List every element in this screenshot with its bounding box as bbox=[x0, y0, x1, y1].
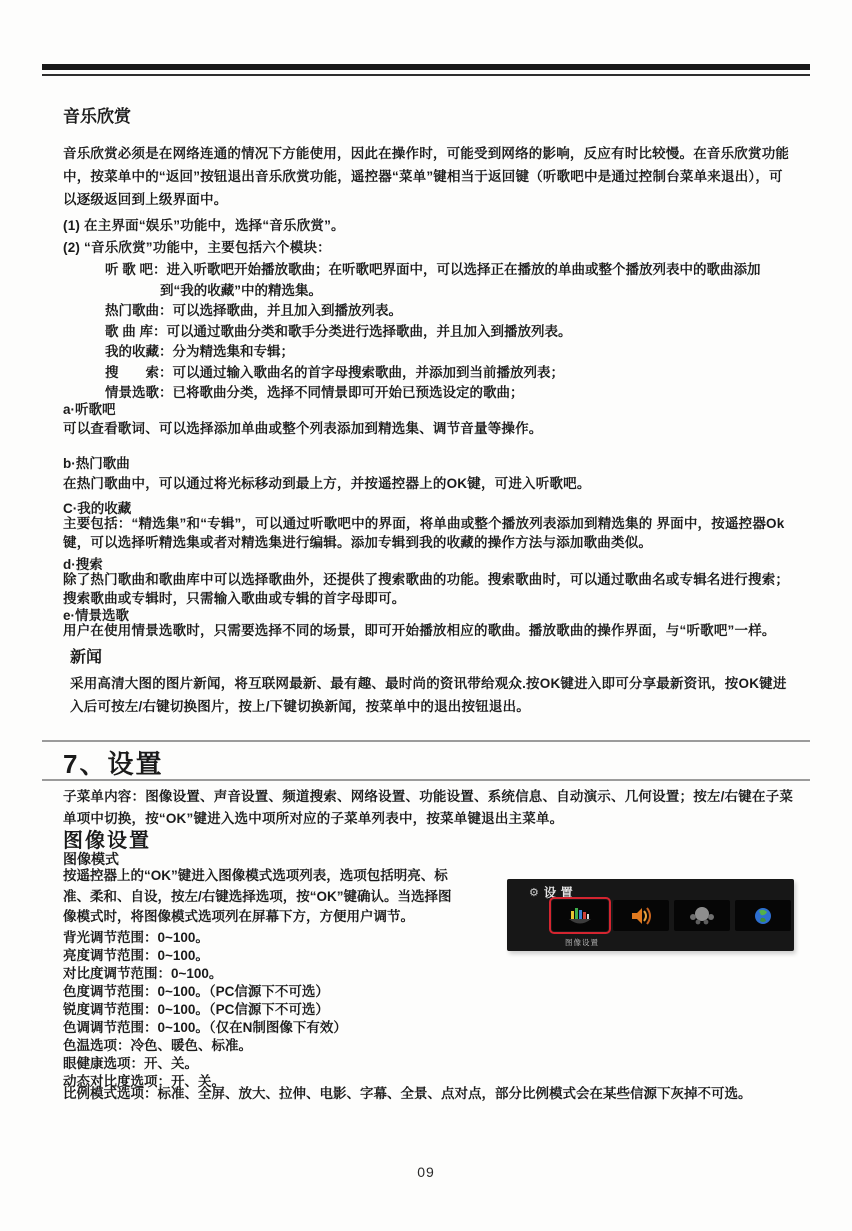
tile-image-settings bbox=[552, 900, 608, 931]
param-line: 色温选项：冷色、暖色、标准。 bbox=[63, 1037, 518, 1055]
page-number: 09 bbox=[0, 1164, 852, 1180]
aspect-mode-line: 比例模式选项：标准、全屏、放大、拉伸、电影、字幕、全景、点对点，部分比例模式会在… bbox=[63, 1085, 812, 1103]
channel-search-icon bbox=[687, 904, 717, 928]
param-line: 背光调节范围：0~100。 bbox=[63, 929, 518, 947]
news-body: 采用高清大图的图片新闻，将互联网最新、最有趣、最时尚的资讯带给观众.按OK键进入… bbox=[70, 672, 795, 718]
module-line: 热门歌曲：可以选择歌曲，并且加入到播放列表。 bbox=[63, 301, 795, 322]
image-parameter-list: 背光调节范围：0~100。 亮度调节范围：0~100。 对比度调节范围：0~10… bbox=[63, 929, 518, 1091]
param-line: 眼健康选项：开、关。 bbox=[63, 1055, 518, 1073]
sound-settings-icon bbox=[628, 905, 654, 927]
settings-intro: 子菜单内容：图像设置、声音设置、频道搜索、网络设置、功能设置、系统信息、自动演示… bbox=[63, 786, 795, 830]
tile-channel-search bbox=[674, 900, 730, 931]
music-module-list: 听 歌 吧：进入听歌吧开始播放歌曲；在听歌吧界面中，可以选择正在播放的单曲或整个… bbox=[63, 260, 795, 404]
music-step-1: (1) 在主界面“娱乐”功能中，选择“音乐欣赏”。 bbox=[63, 216, 795, 236]
subsection-a-body: 可以查看歌词、可以选择添加单曲或整个列表添加到精选集、调节音量等操作。 bbox=[63, 419, 795, 438]
subsection-d-body: 除了热门歌曲和歌曲库中可以选择歌曲外，还提供了搜索歌曲的功能。搜索歌曲时，可以通… bbox=[63, 570, 795, 608]
module-line: 听 歌 吧：进入听歌吧开始播放歌曲；在听歌吧界面中，可以选择正在播放的单曲或整个… bbox=[63, 260, 795, 281]
image-mode-description: 按遥控器上的“OK”键进入图像模式选项列表，选项包括明亮、标 准、柔和、自设，按… bbox=[63, 866, 518, 928]
subsection-b-heading: b·热门歌曲 bbox=[63, 452, 795, 472]
param-line: 对比度调节范围：0~100。 bbox=[63, 965, 518, 983]
news-section-title: 新闻 bbox=[70, 644, 102, 667]
mode-line: 准、柔和、自设，按左/右键选择选项，按“OK”键确认。当选择图 bbox=[63, 887, 518, 908]
mode-line: 按遥控器上的“OK”键进入图像模式选项列表，选项包括明亮、标 bbox=[63, 866, 518, 887]
mode-line: 像模式时，将图像模式选项列在屏幕下方，方便用户调节。 bbox=[63, 907, 518, 928]
settings-rule-bottom bbox=[42, 779, 810, 781]
music-step-2: (2) “音乐欣赏”功能中，主要包括六个模块： bbox=[63, 238, 795, 258]
module-line: 搜 索：可以通过输入歌曲名的首字母搜索歌曲，并添加到当前播放列表； bbox=[63, 363, 795, 384]
param-line: 亮度调节范围：0~100。 bbox=[63, 947, 518, 965]
gear-icon: ⚙ bbox=[529, 886, 539, 899]
tile-sound-settings bbox=[613, 900, 669, 931]
image-settings-icon bbox=[563, 904, 597, 928]
top-rule-thin bbox=[42, 74, 810, 76]
subsection-a-heading: a·听歌吧 bbox=[63, 398, 795, 418]
settings-screen-inset: ⚙ 设置 bbox=[507, 879, 794, 951]
subsection-b-body: 在热门歌曲中，可以通过将光标移动到最上方，并按遥控器上的OK键，可进入听歌吧。 bbox=[63, 474, 795, 493]
top-rule-thick bbox=[42, 64, 810, 70]
param-line: 色调调节范围：0~100。（仅在N制图像下有效） bbox=[63, 1019, 518, 1037]
network-settings-icon bbox=[752, 905, 774, 927]
music-intro-paragraph: 音乐欣赏必须是在网络连通的情况下方能使用，因此在操作时，可能受到网络的影响，反应… bbox=[63, 142, 795, 211]
inset-selected-label: 图像设置 bbox=[552, 937, 612, 948]
module-line: 我的收藏：分为精选集和专辑； bbox=[63, 342, 795, 363]
inset-header: ⚙ 设置 bbox=[529, 883, 577, 901]
module-line-continuation: 到“我的收藏”中的精选集。 bbox=[63, 281, 795, 302]
manual-page: 音乐欣赏 音乐欣赏必须是在网络连通的情况下方能使用，因此在操作时，可能受到网络的… bbox=[0, 0, 852, 1231]
inset-title: 设置 bbox=[544, 883, 577, 901]
subsection-c-body: 主要包括：“精选集”和“专辑”，可以通过听歌吧中的界面，将单曲或整个播放列表添加… bbox=[63, 514, 795, 552]
music-section-title: 音乐欣赏 bbox=[63, 102, 795, 127]
module-line: 歌 曲 库：可以通过歌曲分类和歌手分类进行选择歌曲，并且加入到播放列表。 bbox=[63, 322, 795, 343]
settings-section-title: 7、设置 bbox=[63, 744, 163, 781]
param-line: 锐度调节范围：0~100。（PC信源下不可选） bbox=[63, 1001, 518, 1019]
settings-rule-top bbox=[42, 740, 810, 742]
inset-tile-row bbox=[552, 900, 794, 931]
tile-network-settings bbox=[735, 900, 791, 931]
subsection-e-body: 用户在使用情景选歌时，只需要选择不同的场景，即可开始播放相应的歌曲。播放歌曲的操… bbox=[63, 621, 795, 640]
param-line: 色度调节范围：0~100。（PC信源下不可选） bbox=[63, 983, 518, 1001]
